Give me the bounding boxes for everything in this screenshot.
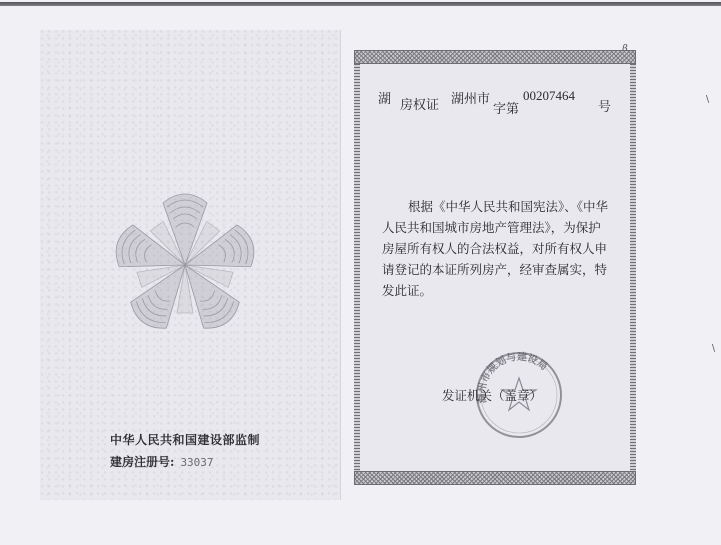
registration-line: 建房注册号:33037 [110,453,214,470]
supervisor-line: 中华人民共和国建设部监制 [110,431,260,448]
rose-emblem-icon [100,180,270,350]
certificate-number: 00207464 [523,88,575,104]
decorative-border-top [354,50,636,64]
cert-name: 房权证 [400,94,439,113]
scan-speck: \ [706,95,709,105]
hao-suffix: 号 [598,96,611,115]
registration-label: 建房注册号: [110,455,174,469]
certificate-cover-left: 中华人民共和国建设部监制 建房注册号:33037 [40,30,341,500]
decorative-border-bottom [354,471,636,485]
certificate-statement: 根据《中华人民共和国宪法》、《中华人民共和国城市房地产管理法》，为保护房屋所有权… [382,196,612,301]
certificate-page-right: 湖 房权证 湖州市 字第 00207464 号 根据《中华人民共和国宪法》、《中… [354,50,636,485]
province-abbr: 湖 [378,88,391,107]
city-name: 湖州市 [451,88,490,107]
certificate-number-header: 湖 房权证 湖州市 字第 00207464 号 [360,84,630,124]
scan-speck: \ [712,344,715,354]
registration-number: 33037 [180,456,213,469]
zi-di: 字第 [493,98,519,117]
decorative-border-right [630,64,636,471]
issuing-authority-label: 发证机关（盖章） [442,386,542,404]
scan-top-edge [0,2,721,6]
